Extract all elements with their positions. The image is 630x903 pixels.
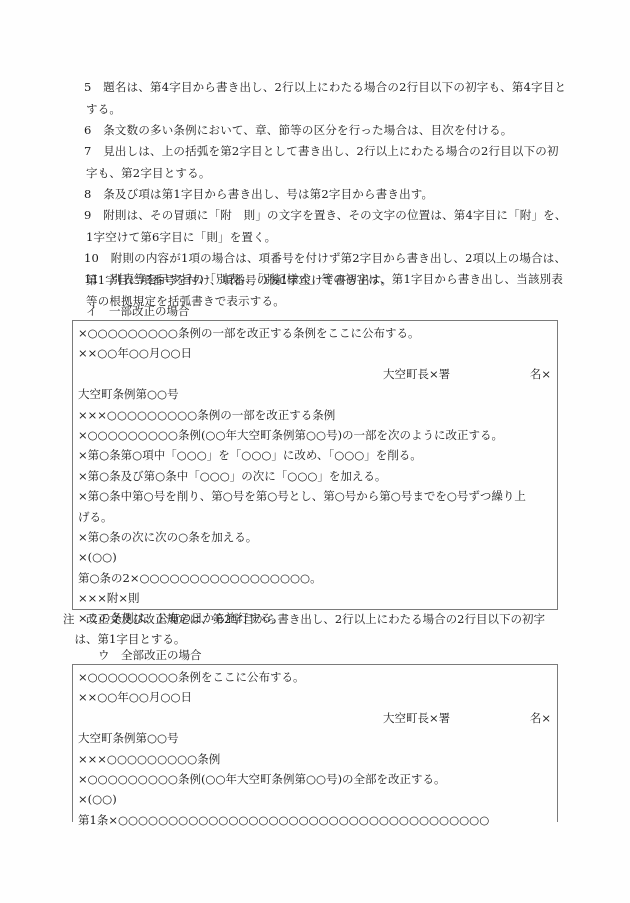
rule-line: 7 見出しは、上の括弧を第2字目として書き出し、2行以上にわたる場合の2行目以下… [84,141,564,163]
amendment-line: ×第○条中第○号を削り、第○号を第○号とし、第○号から第○号までを○号ずつ繰り上 [78,486,557,506]
rule-number: 9 [84,205,92,227]
article-body-line: 第○条の2×○○○○○○○○○○○○○○○○○。 [78,568,557,588]
rule-line: 11 別表等を示す旨の「別表」、「別記様式」等の初字は、第1字目から書き出し、当… [84,269,564,291]
rule-item-7: 7 見出しは、上の括弧を第2字目として書き出し、2行以上にわたる場合の2行目以下… [84,141,564,184]
rule-line: 8 条及び項は第1字目から書き出し、号は第2字目から書き出す。 [84,184,564,206]
rule-number: 11 [84,269,99,291]
rule-line: する。 [84,99,564,121]
rule-number: 5 [84,77,92,99]
rule-number: 8 [84,184,92,206]
rule-item-5: 5 題名は、第4字目から書き出し、2行以上にわたる場合の2行目以下の初字も、第4… [84,77,564,120]
amendment-intro-line: ×○○○○○○○○○条例(○○年大空町条例第○○号)の全部を改正する。 [78,769,557,789]
rule-item-8: 8 条及び項は第1字目から書き出し、号は第2字目から書き出す。 [84,184,564,206]
rule-number: 6 [84,120,92,142]
amendment-line: ×第○条の次に次の○条を加える。 [78,527,557,547]
amendment-line: ×第○条及び第○条中「○○○」の次に「○○○」を加える。 [78,466,557,486]
ordinance-title-line: ×××○○○○○○○○○条例の一部を改正する条例 [78,405,557,425]
rule-line: 字も、第2字目とする。 [84,163,564,185]
signature-name: 名× [530,364,551,384]
note-line: 注 改正文及び改正規定は、第2字目から書き出し、2行以上にわたる場合の2行目以下… [63,609,563,629]
rule-line: 10 附則の内容が1項の場合は、項番号を付けず第2字目から書き出し、2項以上の場… [84,248,564,270]
rule-item-6: 6 条文数の多い条例において、章、節等の区分を行った場合は、目次を付ける。 [84,120,564,142]
amendment-line-continued: げる。 [78,507,557,527]
rule-line: 1字空けて第6字目に「則」を置く。 [84,227,564,249]
signature-title: 大空町長×署 [383,708,450,728]
example-box-partial-amendment: ×○○○○○○○○○条例の一部を改正する条例をここに公布する。 ××○○年○○月… [72,320,558,610]
section-heading-full-amendment: ウ 全部改正の場合 [98,645,202,665]
document-page: 5 題名は、第4字目から書き出し、2行以上にわたる場合の2行目以下の初字も、第4… [0,0,630,903]
amendment-intro-line: ×○○○○○○○○○条例(○○年大空町条例第○○号)の一部を次のように改正する。 [78,425,557,445]
signature-name: 名× [530,708,551,728]
article-body-line: 第1条×○○○○○○○○○○○○○○○○○○○○○○○○○○○○○○○○○○○○… [78,810,557,830]
ordinance-number-line: 大空町条例第○○号 [78,728,557,748]
date-line: ××○○年○○月○○日 [78,687,557,707]
article-caption-line: ×(○○) [78,547,557,567]
rule-line: 9 附則は、その冒頭に「附 則」の文字を置き、その文字の位置は、第4字目に「附」… [84,205,564,227]
supplementary-provisions-line: ×××附×則 [78,588,557,608]
rule-number: 10 [84,248,99,270]
ordinance-number-line: 大空町条例第○○号 [78,384,557,404]
ordinance-title-line: ×××○○○○○○○○○条例 [78,749,557,769]
signature-line: 大空町長×署 名× [78,364,557,384]
rule-number: 7 [84,141,92,163]
note: 注 改正文及び改正規定は、第2字目から書き出し、2行以上にわたる場合の2行目以下… [63,609,563,649]
date-line: ××○○年○○月○○日 [78,343,557,363]
promulgation-line: ×○○○○○○○○○条例の一部を改正する条例をここに公布する。 [78,323,557,343]
rule-item-9: 9 附則は、その冒頭に「附 則」の文字を置き、その文字の位置は、第4字目に「附」… [84,205,564,248]
example-box-full-amendment: ×○○○○○○○○○条例をここに公布する。 ××○○年○○月○○日 大空町長×署… [72,664,558,822]
article-caption-line: ×(○○) [78,789,557,809]
amendment-line: ×第○条第○項中「○○○」を「○○○」に改め、「○○○」を削る。 [78,445,557,465]
signature-line: 大空町長×署 名× [78,708,557,728]
rule-line: 6 条文数の多い条例において、章、節等の区分を行った場合は、目次を付ける。 [84,120,564,142]
signature-title: 大空町長×署 [383,364,450,384]
promulgation-line: ×○○○○○○○○○条例をここに公布する。 [78,667,557,687]
section-heading-partial-amendment: イ 一部改正の場合 [86,301,190,321]
rule-line: 5 題名は、第4字目から書き出し、2行以上にわたる場合の2行目以下の初字も、第4… [84,77,564,99]
